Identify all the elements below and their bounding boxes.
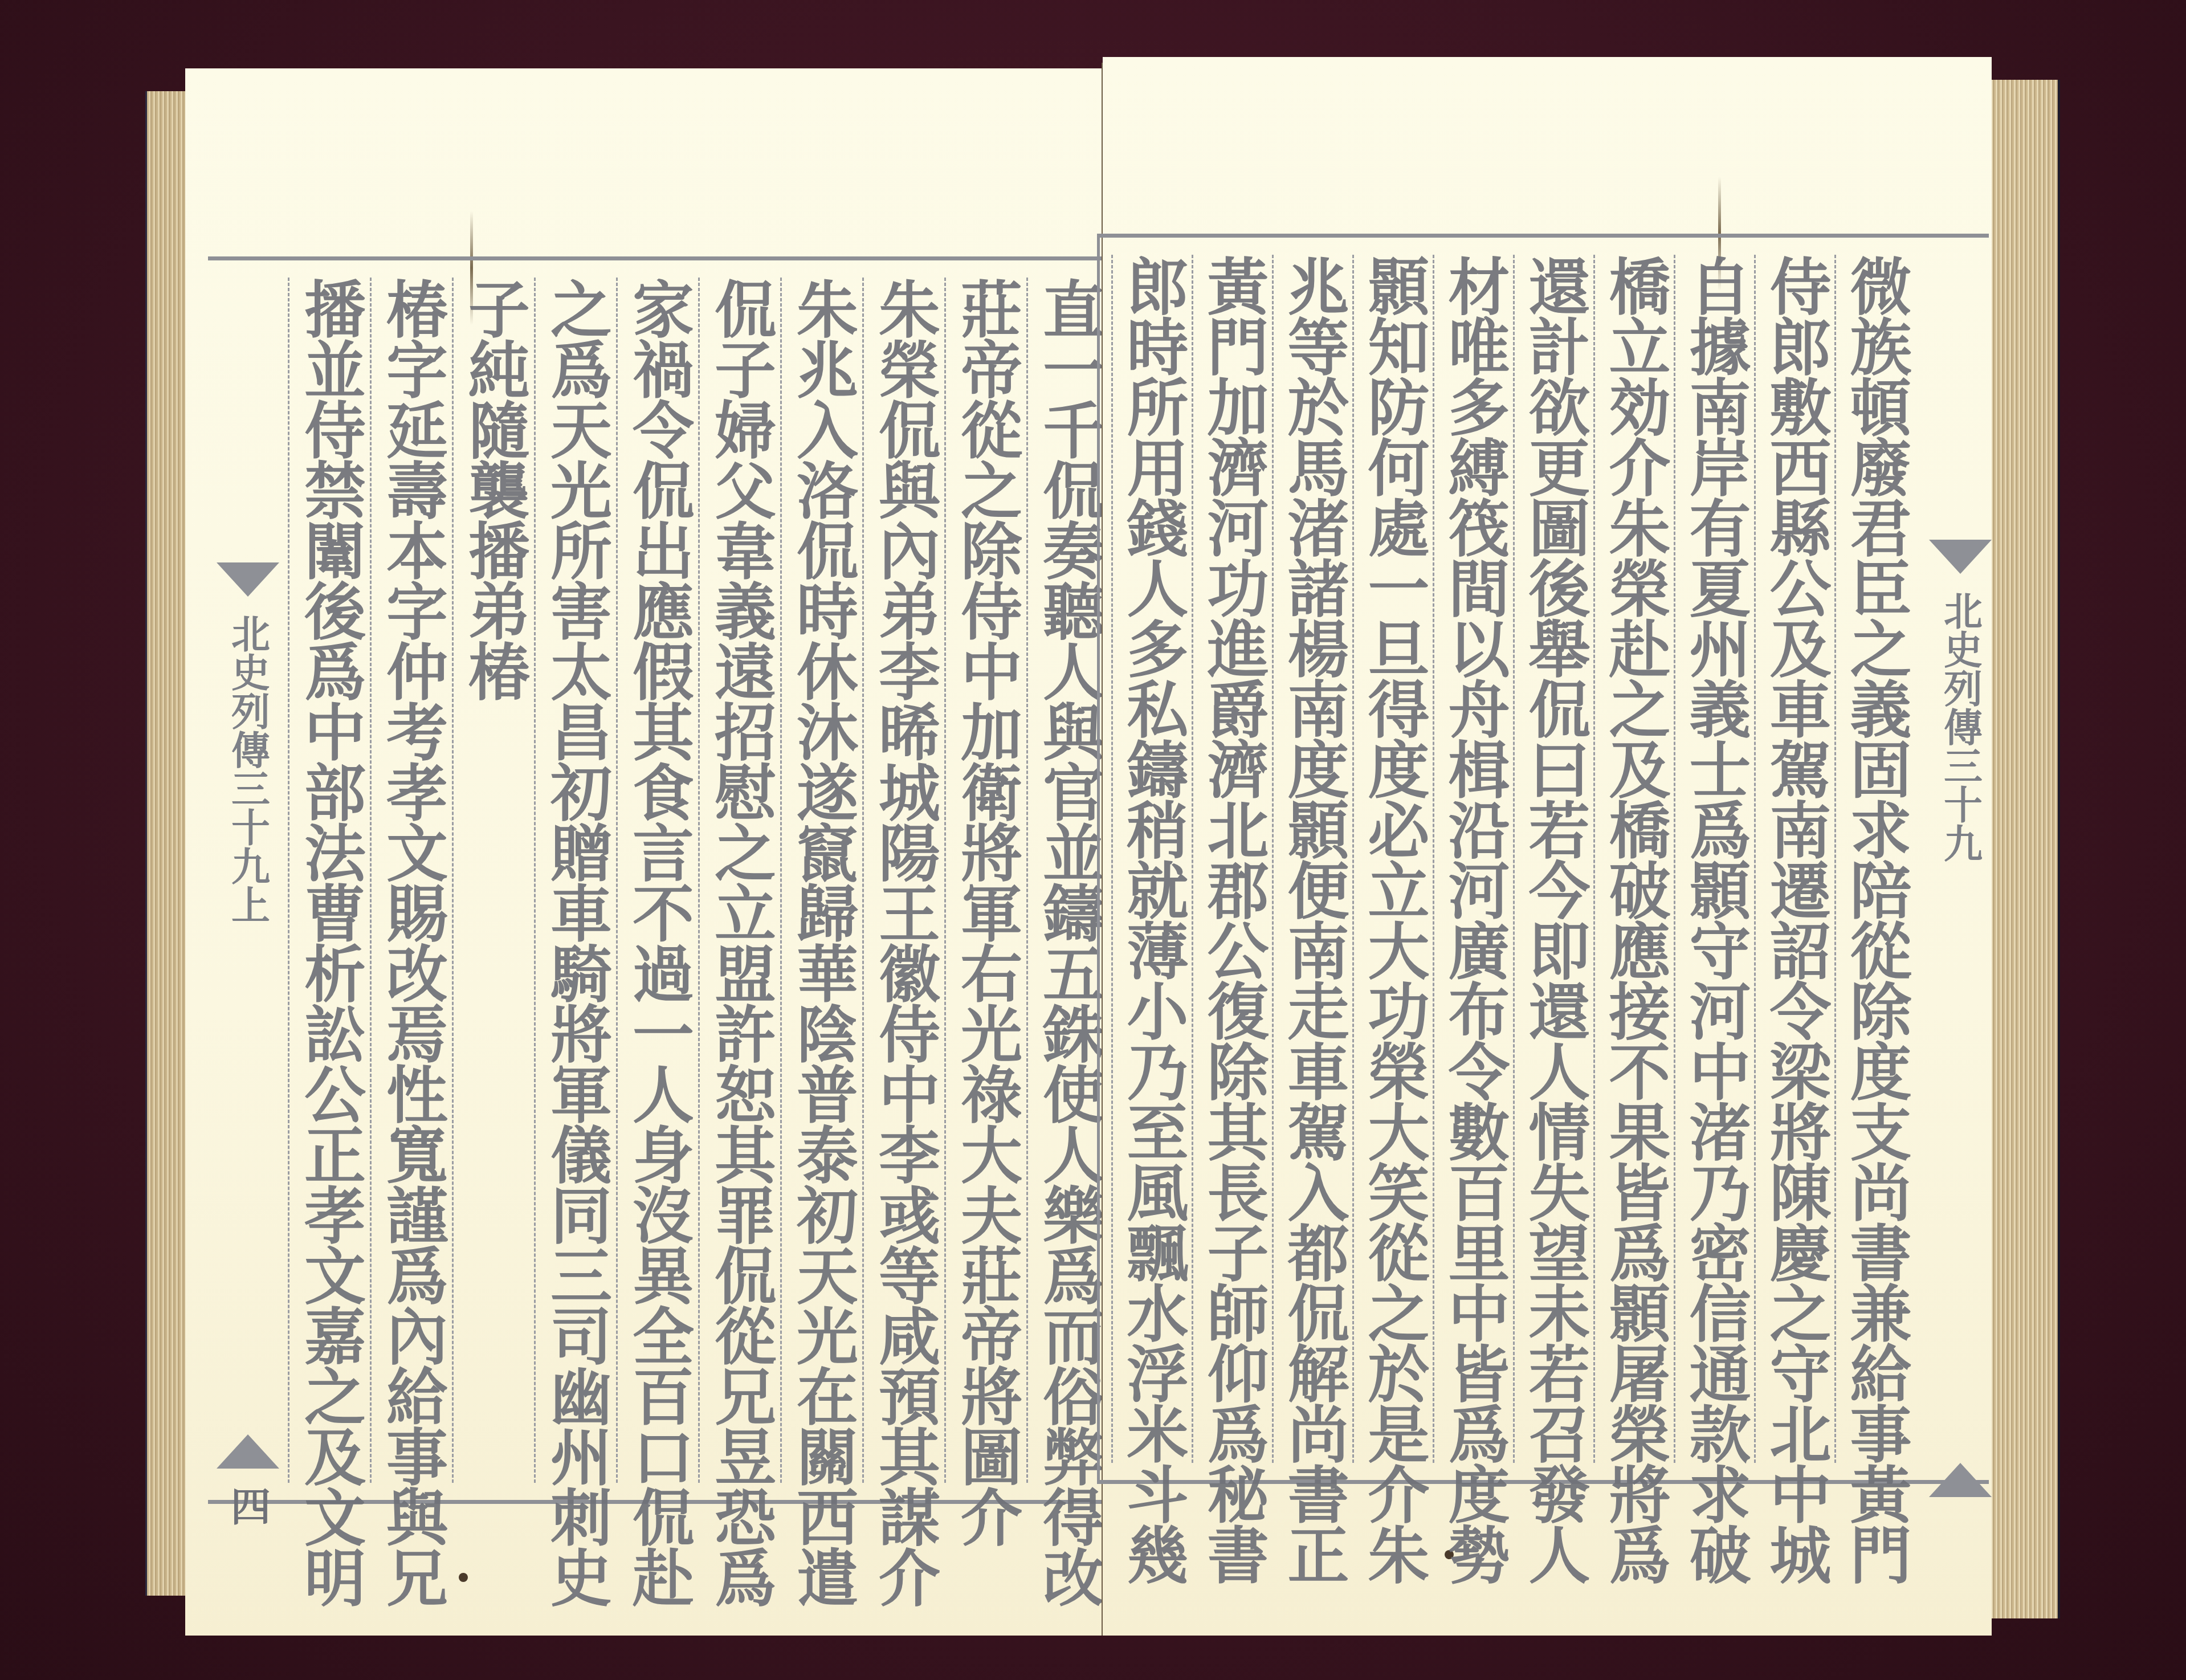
text-column: 兆等於馬渚諸楊南度顥便南走車駕入都侃解尚書正 xyxy=(1272,255,1352,1463)
fishtail-bottom-icon xyxy=(1929,1463,1992,1497)
right-page: 北史列傳三十九 微族頓廢君臣之義固求陪從除度支尚書兼給事黃門 侍郎敷西縣公及車駕… xyxy=(1103,57,1992,1636)
left-margin-title: 北史列傳三十九上 xyxy=(221,602,276,1429)
text-column: 微族頓廢君臣之義固求陪從除度支尚書兼給事黃門 xyxy=(1834,255,1915,1463)
text-column: 朱兆入洛侃時休沐遂竄歸華陰普泰初天光在關西遣 xyxy=(780,278,862,1483)
left-page: 北史列傳三十九上 四 直一千侃奏聽人與官並鑄五銖使人樂爲而俗弊得改 莊帝從之除侍… xyxy=(185,68,1103,1636)
text-column: 黃門加濟河功進爵濟北郡公復除其長子師仰爲秘書 xyxy=(1192,255,1272,1463)
right-page-frame: 北史列傳三十九 微族頓廢君臣之義固求陪從除度支尚書兼給事黃門 侍郎敷西縣公及車駕… xyxy=(1097,234,1989,1484)
page-number: 四 xyxy=(219,1486,277,1526)
text-column: 顥知防何處一旦得度必立大功榮大笑從之於是介朱 xyxy=(1352,255,1433,1463)
left-page-columns: 直一千侃奏聽人與官並鑄五銖使人樂爲而俗弊得改 莊帝從之除侍中加衛將軍右光祿大夫莊… xyxy=(288,278,1108,1483)
text-column: 侍郎敷西縣公及車駕南遷詔令梁將陳慶之守北中城 xyxy=(1754,255,1834,1463)
left-page-frame: 北史列傳三十九上 四 直一千侃奏聽人與官並鑄五銖使人樂爲而俗弊得改 莊帝從之除侍… xyxy=(208,256,1111,1504)
text-column: 郎時所用錢人多私鑄稍就薄小乃至風飄水浮米斗幾 xyxy=(1111,255,1192,1463)
binding-hole xyxy=(459,1573,468,1582)
text-column: 侃子婦父韋義遠招慰之立盟許恕其罪侃從兄昱恐爲 xyxy=(698,278,780,1483)
right-page-columns: 微族頓廢君臣之義固求陪從除度支尚書兼給事黃門 侍郎敷西縣公及車駕南遷詔令梁將陳慶… xyxy=(1111,255,1915,1463)
text-column: 還計欲更圖後舉侃曰若今即還人情失望未若召發人 xyxy=(1513,255,1593,1463)
fishtail-top-icon xyxy=(217,562,279,597)
text-column: 之爲天光所害太昌初贈車騎將軍儀同三司幽州刺史 xyxy=(534,278,616,1483)
text-column: 朱榮侃與內弟李晞城陽王徽侍中李彧等咸預其謀介 xyxy=(862,278,944,1483)
text-column: 材唯多縛筏間以舟楫沿河廣布令數百里中皆爲度勢 xyxy=(1433,255,1513,1463)
text-column: 椿字延壽本字仲考孝文賜改焉性寬謹爲內給事與兄 xyxy=(370,278,452,1483)
left-page-edges xyxy=(145,91,187,1596)
text-column: 莊帝從之除侍中加衛將軍右光祿大夫莊帝將圖介 xyxy=(944,278,1026,1483)
right-margin-title: 北史列傳三十九 xyxy=(1933,580,1988,1457)
right-page-edges xyxy=(1989,80,2060,1618)
text-column: 家禍令侃出應假其食言不過一人身沒異全百口侃赴 xyxy=(616,278,698,1483)
left-page-margin: 北史列傳三十九上 四 xyxy=(214,557,282,1526)
open-book: 北史列傳三十九上 四 直一千侃奏聽人與官並鑄五銖使人樂爲而俗弊得改 莊帝從之除侍… xyxy=(145,57,2060,1641)
text-column: 播並侍禁闈後爲中部法曹析訟公正孝文嘉之及文明 xyxy=(288,278,370,1483)
fishtail-bottom-icon xyxy=(217,1434,279,1469)
text-column: 直一千侃奏聽人與官並鑄五銖使人樂爲而俗弊得改 xyxy=(1026,278,1108,1483)
text-column: 子純隨襲播弟椿 xyxy=(452,278,534,1483)
right-page-margin: 北史列傳三十九 xyxy=(1926,534,1995,1503)
text-column: 自據南岸有夏州義士爲顥守河中渚乃密信通款求破 xyxy=(1674,255,1754,1463)
fishtail-top-icon xyxy=(1929,540,1992,574)
text-column: 橋立効介朱榮赴之及橋破應接不果皆爲顥屠榮將爲 xyxy=(1593,255,1674,1463)
